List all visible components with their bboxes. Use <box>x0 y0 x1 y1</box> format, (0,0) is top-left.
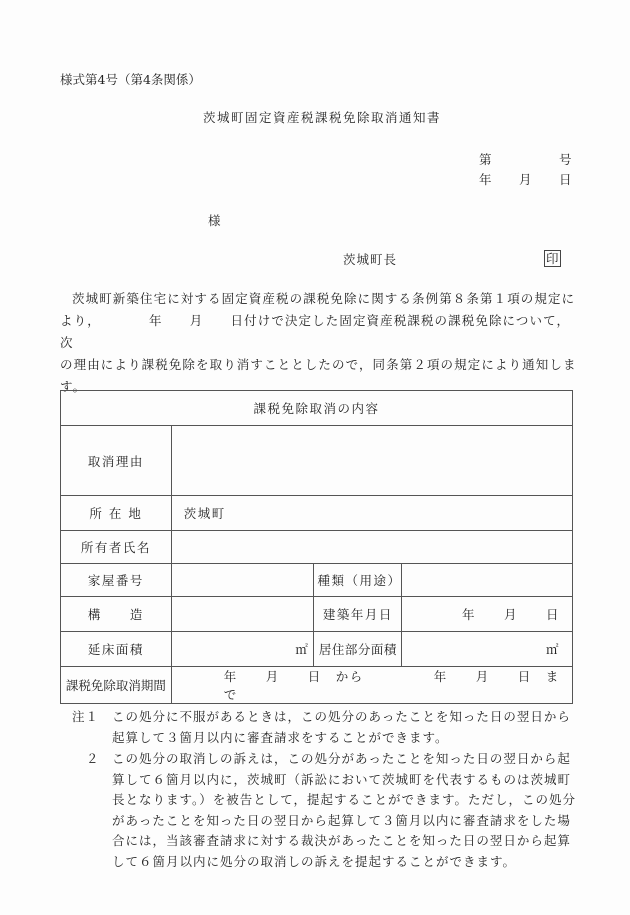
residential-area-unit: ㎡ <box>402 632 573 667</box>
note-text: この処分の取消しの訴えは，この処分があったことを知った日の翌日から起算して６箇月… <box>112 751 576 869</box>
note-text: この処分に不服があるときは，この処分のあったことを知った日の翌日から起算して３箇… <box>112 709 571 745</box>
type-field <box>402 564 573 597</box>
reason-label: 取消理由 <box>61 426 172 496</box>
seal-icon: 印 <box>544 250 561 267</box>
structure-label: 構 造 <box>61 597 172 632</box>
doc-number-suffix: 号 <box>559 150 572 168</box>
floor-area-label: 延床面積 <box>61 632 172 667</box>
note-number: 注１ <box>72 707 99 728</box>
notes: 注１ この処分に不服があるときは，この処分のあったことを知った日の翌日から起算し… <box>72 707 582 872</box>
date-month: 月 <box>519 170 532 188</box>
document-title: 茨城町固定資産税課税免除取消通知書 <box>203 108 441 126</box>
doc-number-prefix: 第 <box>479 150 492 168</box>
note-number: ２ <box>86 749 100 770</box>
built-date-field: 年 月 日 <box>402 597 573 632</box>
issuer: 茨城町長 <box>343 250 397 268</box>
owner-field <box>171 531 572 564</box>
form-number: 様式第4号（第4条関係） <box>60 70 201 88</box>
note-2: ２ この処分の取消しの訴えは，この処分があったことを知った日の翌日から起算して６… <box>72 749 582 872</box>
owner-label: 所有者氏名 <box>61 531 172 564</box>
period-label: 課税免除取消期間 <box>61 667 172 704</box>
house-no-field <box>171 564 314 597</box>
body-line: 茨城町新築住宅に対する固定資産税の課税免除に関する条例第８条第１項の規定に <box>60 288 578 310</box>
type-label: 種類（用途） <box>314 564 402 597</box>
house-no-label: 家屋番号 <box>61 564 172 597</box>
location-label: 所 在 地 <box>61 496 172 531</box>
period-field: 年 月 日 から 年 月 日 まで <box>171 667 572 704</box>
body-line: の理由により課税免除を取り消すこととしたので，同条第２項の規定により通知しま <box>60 354 578 376</box>
body-line: より， 年 月 日付けで決定した固定資産税課税の課税免除について，次 <box>60 310 578 354</box>
structure-field <box>171 597 314 632</box>
body-paragraph: 茨城町新築住宅に対する固定資産税の課税免除に関する条例第８条第１項の規定に より… <box>60 288 578 398</box>
seal-mark: 印 <box>544 249 561 267</box>
revocation-table: 課税免除取消の内容 取消理由 所 在 地 茨城町 所有者氏名 家屋番号 種類（用… <box>60 390 573 704</box>
date-year: 年 <box>479 170 492 188</box>
date-day: 日 <box>559 170 572 188</box>
floor-area-unit: ㎡ <box>171 632 314 667</box>
addressee-suffix: 様 <box>208 211 221 229</box>
table-header: 課税免除取消の内容 <box>61 391 573 426</box>
note-1: 注１ この処分に不服があるときは，この処分のあったことを知った日の翌日から起算し… <box>72 707 582 748</box>
reason-field <box>171 426 572 496</box>
residential-area-label: 居住部分面積 <box>314 632 402 667</box>
location-field: 茨城町 <box>171 496 572 531</box>
built-date-label: 建築年月日 <box>314 597 402 632</box>
